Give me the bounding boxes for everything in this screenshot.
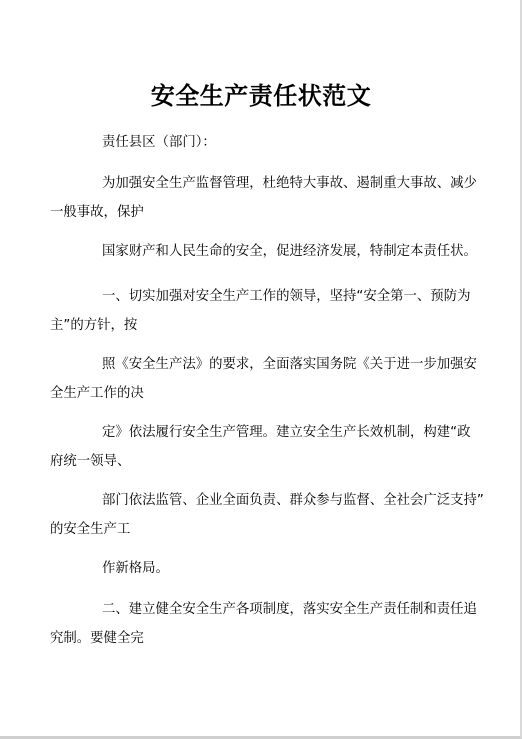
text-line: 作新格局。: [76, 554, 448, 583]
paragraph-item-1-cont-b: 定》依法履行安全生产管理。建立安全生产长效机制，构建“政 府统一领导、: [76, 418, 448, 476]
text-line: 为加强安全生产监督管理，杜绝特大事故、遏制重大事故、减少: [76, 169, 448, 198]
text-line: 照《安全生产法》的要求，全面落实国务院《关于进一步加强安: [76, 350, 448, 379]
text-line: 主”的方针，按: [50, 311, 448, 340]
text-line: 府统一领导、: [50, 447, 448, 476]
paragraph-intro: 为加强安全生产监督管理，杜绝特大事故、遏制重大事故、减少 一般事故，保护: [76, 169, 448, 227]
paragraph-item-1-cont-d: 作新格局。: [76, 554, 448, 583]
text-line: 一、切实加强对安全生产工作的领导，坚持“安全第一、预防为: [76, 282, 448, 311]
text-line: 的安全生产工: [50, 515, 448, 544]
text-line: 定》依法履行安全生产管理。建立安全生产长效机制，构建“政: [76, 418, 448, 447]
paragraph-addressee: 责任县区（部门）：: [76, 128, 448, 157]
document-page: 安全生产责任状范文 责任县区（部门）： 为加强安全生产监督管理，杜绝特大事故、遏…: [0, 0, 522, 739]
paragraph-intro-cont: 国家财产和人民生命的安全，促进经济发展，特制定本责任状。: [76, 237, 448, 266]
document-title: 安全生产责任状范文: [0, 76, 522, 111]
text-line: 究制。要健全完: [50, 624, 448, 653]
paragraph-item-1: 一、切实加强对安全生产工作的领导，坚持“安全第一、预防为 主”的方针，按: [76, 282, 448, 340]
paragraph-item-1-cont-a: 照《安全生产法》的要求，全面落实国务院《关于进一步加强安 全生产工作的决: [76, 350, 448, 408]
text-line: 全生产工作的决: [50, 379, 448, 408]
text-line: 国家财产和人民生命的安全，促进经济发展，特制定本责任状。: [76, 237, 448, 266]
paragraph-item-2: 二、建立健全安全生产各项制度，落实安全生产责任制和责任追 究制。要健全完: [76, 595, 448, 653]
text-line: 部门依法监管、企业全面负责、群众参与监督、全社会广泛支持”: [76, 486, 448, 515]
paragraph-item-1-cont-c: 部门依法监管、企业全面负责、群众参与监督、全社会广泛支持” 的安全生产工: [76, 486, 448, 544]
text-line: 二、建立健全安全生产各项制度，落实安全生产责任制和责任追: [76, 595, 448, 624]
text-line: 一般事故，保护: [50, 198, 448, 227]
text-line: 责任县区（部门）：: [76, 128, 448, 157]
